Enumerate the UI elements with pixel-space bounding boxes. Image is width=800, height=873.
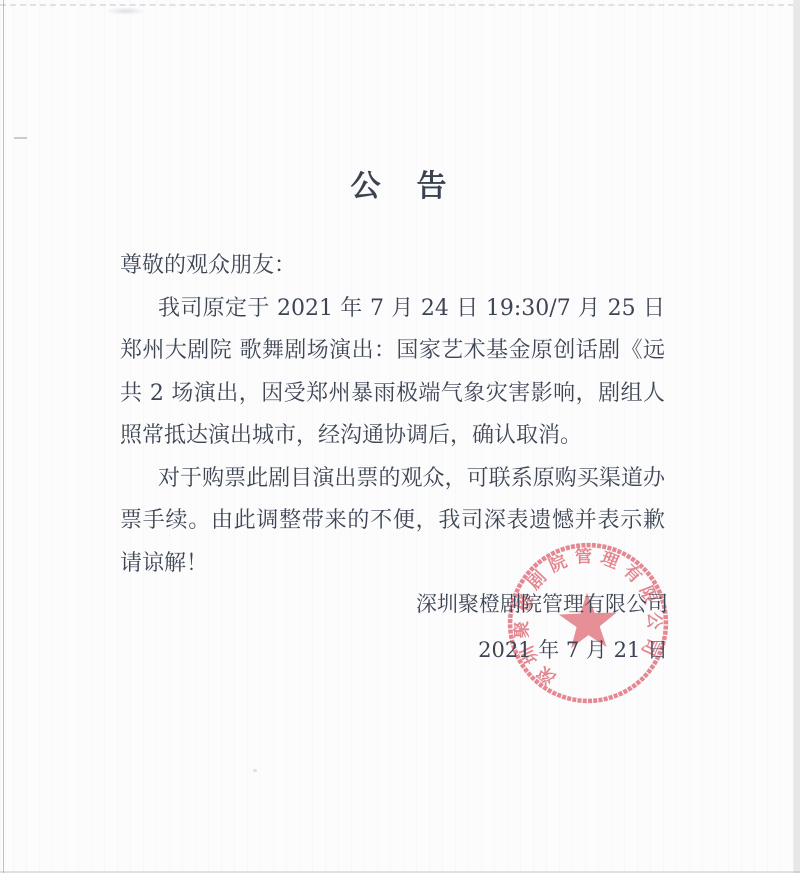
body-line: 郑州大剧院 歌舞剧场演出：国家艺术基金原创话剧《远航》， (120, 330, 665, 373)
signature-date: 2021 年 7 月 21 日 (416, 627, 668, 673)
signature-block: 深圳聚橙剧院管理有限公司 2021 年 7 月 21 日 (416, 581, 668, 673)
announcement-body: 尊敬的观众朋友： 我司原定于 2021 年 7 月 24 日 19:30/7 月… (120, 245, 665, 585)
body-line: 照常抵达演出城市，经沟通协调后，确认取消。 (120, 415, 665, 458)
scan-artifact-dash (14, 137, 27, 139)
body-line-salutation: 尊敬的观众朋友： (120, 245, 665, 288)
announcement-title: 公 告 (0, 169, 800, 205)
body-line: 对于购票此剧目演出票的观众，可联系原购买渠道办理退 (120, 458, 665, 501)
scanned-announcement-page: 公 告 尊敬的观众朋友： 我司原定于 2021 年 7 月 24 日 19:30… (0, 0, 800, 873)
scan-artifact-smudge (106, 7, 146, 15)
scan-edge-right (793, 0, 800, 873)
body-line: 共 2 场演出，因受郑州暴雨极端气象灾害影响，剧组人员无法 (120, 373, 665, 416)
scan-edge-left (3, 0, 4, 873)
signature-company-name: 深圳聚橙剧院管理有限公司 (416, 581, 668, 627)
scan-edge-top (0, 4, 794, 6)
body-line: 我司原定于 2021 年 7 月 24 日 19:30/7 月 25 日 15:… (120, 288, 665, 331)
scan-artifact-speck (253, 769, 257, 772)
